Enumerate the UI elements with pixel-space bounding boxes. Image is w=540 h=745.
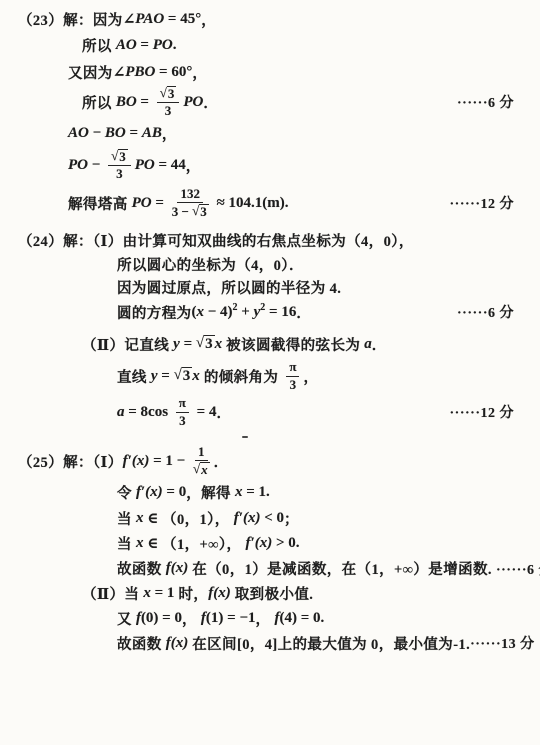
fraction: 1323 − √3 [172,187,209,220]
number-run: = 8cos [125,404,172,421]
q24-inclination-angle: 直线 y = √3x 的倾斜角为 π3， [0,359,540,393]
fraction-denominator: √x [193,461,210,477]
number-run: + [238,304,254,321]
math-run: y [151,368,158,385]
q25-critical-point: 令 f′(x) = 0，解得 x = 1. [0,479,540,506]
number-run: 3 [205,336,213,353]
number-run: (0) = 0 [141,610,182,627]
q23-po-44-equation: PO − √33PO = 44， [0,147,540,183]
q23-given-angle: （23）解：因为∠PAO = 45°， [0,6,540,32]
text-run: 故函数 [117,558,166,579]
number-run: 3 [183,368,191,385]
radical: √3 [192,204,209,219]
fraction-denominator: 3 [165,103,172,118]
number-run: = [137,94,153,111]
number-run: 3 [200,205,207,219]
text-run: 所以圆心的坐标为（4，0）． [117,254,304,275]
score-marker: ······6 分 [457,302,514,322]
text-run: 所以 [82,92,116,113]
math-run: x [143,585,151,602]
text-run: 又因为 [68,62,113,83]
radical-sign: √ [192,204,199,219]
number-run: = 60° [155,64,192,81]
radical: √3 [160,86,177,101]
text-run: 取到极小值. [231,583,314,604]
q25-derivative: （25）解：（Ⅰ）f′(x) = 1 − 1√x． [0,443,540,479]
number-run: = 44 [155,157,186,174]
math-run: f′(x) [123,453,150,470]
radicand: x [200,462,210,477]
math-run: f′(x) [245,535,272,552]
text-run: 当 [117,533,136,554]
q25-endpoint-values: 又 f(0) = 0， f(1) = −1， f(4) = 0. [0,606,540,630]
math-run: BO [116,94,137,111]
text-run: 当 [117,508,136,529]
radical: √x [193,462,210,477]
math-run: PO [132,195,152,212]
scanned-answer-page: （23）解：因为∠PAO = 45°，所以 AO = PO.又因为∠PBO = … [0,0,540,745]
fraction-numerator: 1 [195,445,208,461]
q24-circle-equation: 圆的方程为(x − 4)2 + y2 = 16．······6 分 [0,299,540,325]
q25-monotonic-conclusion: 故函数 f(x) 在（0，1）是减函数，在（1，+∞）是增函数. ······6… [0,556,540,581]
math-run: x [136,535,144,552]
math-run: PAO [135,11,164,28]
math-run: f′(x) [234,510,261,527]
q24-circle-radius: 因为圆过原点，所以圆的半径为 4. [0,276,540,299]
text-run: （Ⅱ）当 [82,583,143,604]
fraction-numerator: √3 [157,86,180,103]
text-run: （1，+∞）， [162,533,245,554]
number-run: = [152,195,168,212]
fraction-denominator: 3 [290,377,297,392]
fraction: π3 [286,360,299,392]
number-run: = 16 [265,304,296,321]
math-run: PO [183,94,203,111]
number-run: = 4 [193,404,217,421]
math-run: x [215,336,223,353]
fraction: 1√x [193,445,210,478]
q23-bo-equation: 所以 BO = √33PO．······6 分 [0,85,540,119]
q23-ao-equals-po: 所以 AO = PO. [0,32,540,59]
q24-right-focus: （24）解：（Ⅰ）由计算可知双曲线的右焦点坐标为（4，0）， [0,227,540,253]
q24-chord-value: a = 8cos π3 = 4．······12 分 [0,393,540,431]
number-run: − 4) [204,304,233,321]
q25-interval-decreasing: 当 x ∈ （0，1）， f′(x) < 0； [0,506,540,531]
q25-max-min-conclusion: 故函数 f(x) 在区间[0，4]上的最大值为 0，最小值为-1.······1… [0,630,540,656]
text-run: 被该圆截得的弦长为 [222,334,364,355]
text-run: （Ⅱ）记直线 [82,334,173,355]
fraction-numerator: 132 [177,187,203,203]
number-run: = 1 − [149,453,189,470]
q25-part2-minimum: （Ⅱ）当 x = 1 时，f(x) 取到极小值. [0,581,540,606]
text-run: 时， [174,583,208,604]
number-run: 132 [180,187,200,201]
number-run: ∠ [113,63,126,82]
text-run: （25）解：（Ⅰ） [18,451,123,472]
fraction-numerator: π [176,396,189,412]
score-marker: ······6 分 [457,92,514,112]
solution-lines-container: （23）解：因为∠PAO = 45°，所以 AO = PO.又因为∠PBO = … [0,6,540,656]
math-run: AO [116,37,137,54]
fraction: √33 [108,149,131,182]
text-run: 直线 [117,366,151,387]
scan-artifact-dot [242,436,248,438]
text-run: ， [162,123,177,144]
number-run: 3 [165,104,172,118]
number-run: π [289,360,296,374]
text-run: ． [216,402,231,423]
text-run: （23）解：因为 [18,9,123,30]
number-run: (1) = −1 [206,610,256,627]
text-run: ， [186,155,201,176]
text-run: ； [284,508,299,529]
text-run: 令 [117,482,136,503]
radicand: 3 [182,367,193,385]
text-run: （0，1）， [162,508,234,529]
math-run: f(x) [166,560,189,577]
q24-circle-center: 所以圆心的坐标为（4，0）． [0,253,540,276]
text-run: ，解得 [186,482,235,503]
number-run: ∈ [143,534,162,553]
number-run: 3 [116,167,123,181]
text-run: 圆的方程为 [117,302,192,323]
math-run: PO [135,157,155,174]
number-run: 3 − [172,205,192,219]
fraction: π3 [176,396,189,428]
text-run: （24）解：（Ⅰ）由计算可知双曲线的右焦点坐标为（4，0）， [18,230,414,251]
number-run: = 1. [242,484,269,501]
number-run: − [88,157,104,174]
number-run: 3 [119,150,126,164]
math-run: PO [153,37,173,54]
number-run: ∈ [143,509,162,528]
number-run: > 0. [272,535,299,552]
radical-sign: √ [193,462,200,477]
math-run: x [136,510,144,527]
text-run: ， [192,62,207,83]
text-run: 的倾斜角为 [200,366,283,387]
q23-tower-height-answer: 解得塔高 PO = 1323 − √3 ≈ 104.1(m).······12 … [0,183,540,223]
text-run: ． [296,302,311,323]
superscript: 2 [260,302,265,313]
number-run: = [126,125,142,142]
score-marker: ······13 分 [470,633,535,653]
q23-angle-pbo: 又因为∠PBO = 60°， [0,59,540,85]
radical: √3 [174,367,193,385]
q25-interval-increasing: 当 x ∈ （1，+∞）， f′(x) > 0. [0,531,540,556]
score-marker: ······6 分 [496,559,540,579]
text-run: 故函数 [117,633,166,654]
score-marker: ······12 分 [449,402,514,422]
q23-ab-equation: AO − BO = AB， [0,119,540,147]
q24-part2-chord-def: （Ⅱ）记直线 y = √3x 被该圆截得的弦长为 a． [0,329,540,359]
math-run: x [201,463,208,477]
radical-sign: √ [174,367,182,385]
number-run: (4) = 0. [279,610,324,627]
fraction: √33 [157,86,180,119]
number-run: = [137,37,153,54]
radicand: 3 [167,86,177,101]
number-run: − [89,125,105,142]
number-run: . [173,37,177,54]
radical-sign: √ [196,335,204,353]
number-run: 3 [179,414,186,428]
number-run: = 1 [151,585,175,602]
text-run: ， [256,608,275,629]
fraction-numerator: √3 [108,149,131,166]
radical: √3 [111,149,128,164]
text-run: ， [303,366,318,387]
number-run: < 0 [260,510,284,527]
radical: √3 [196,335,215,353]
fraction-denominator: 3 − √3 [172,203,209,219]
math-run: PO [68,157,88,174]
number-run: π [179,396,186,410]
fraction-denominator: 3 [179,413,186,428]
radicand: 3 [118,149,128,164]
math-run: f(x) [208,585,231,602]
radicand: 3 [204,335,215,353]
text-run: ． [203,92,218,113]
text-run: ． [372,334,387,355]
text-run: 解得塔高 [68,193,132,214]
math-run: a [117,404,125,421]
text-run: ， [182,608,201,629]
number-run: 3 [168,87,175,101]
math-run: f′(x) [136,484,163,501]
text-run: 所以 [82,35,116,56]
text-run: ， [201,9,216,30]
fraction-numerator: π [286,360,299,376]
math-run: PBO [125,64,155,81]
number-run: = 0 [163,484,187,501]
text-run: 在区间[0，4]上的最大值为 0，最小值为-1. [188,633,470,654]
math-run: x [235,484,243,501]
number-run: = [158,368,174,385]
math-run: f(x) [166,635,189,652]
radical-sign: √ [111,149,118,164]
number-run: ≈ 104.1(m). [213,195,289,212]
text-run: 在（0，1）是减函数，在（1，+∞）是增函数. [188,558,496,579]
text-run: 因为圆过原点，所以圆的半径为 4. [117,277,341,298]
text-run: 又 [117,608,136,629]
fraction-denominator: 3 [116,166,123,181]
number-run: 3 [290,378,297,392]
math-run: BO [105,125,126,142]
math-run: a [364,336,372,353]
math-run: x [197,304,205,321]
text-run: ． [214,451,229,472]
math-run: AB [142,125,162,142]
superscript: 2 [233,302,238,313]
number-run: = 45° [164,11,201,28]
number-run: = [180,336,196,353]
number-run: ∠ [123,10,136,29]
math-run: AO [68,125,89,142]
number-run: 1 [198,445,205,459]
math-run: y [173,336,180,353]
score-marker: ······12 分 [449,193,514,213]
math-run: x [192,368,200,385]
radical-sign: √ [160,86,167,101]
radicand: 3 [199,204,209,219]
